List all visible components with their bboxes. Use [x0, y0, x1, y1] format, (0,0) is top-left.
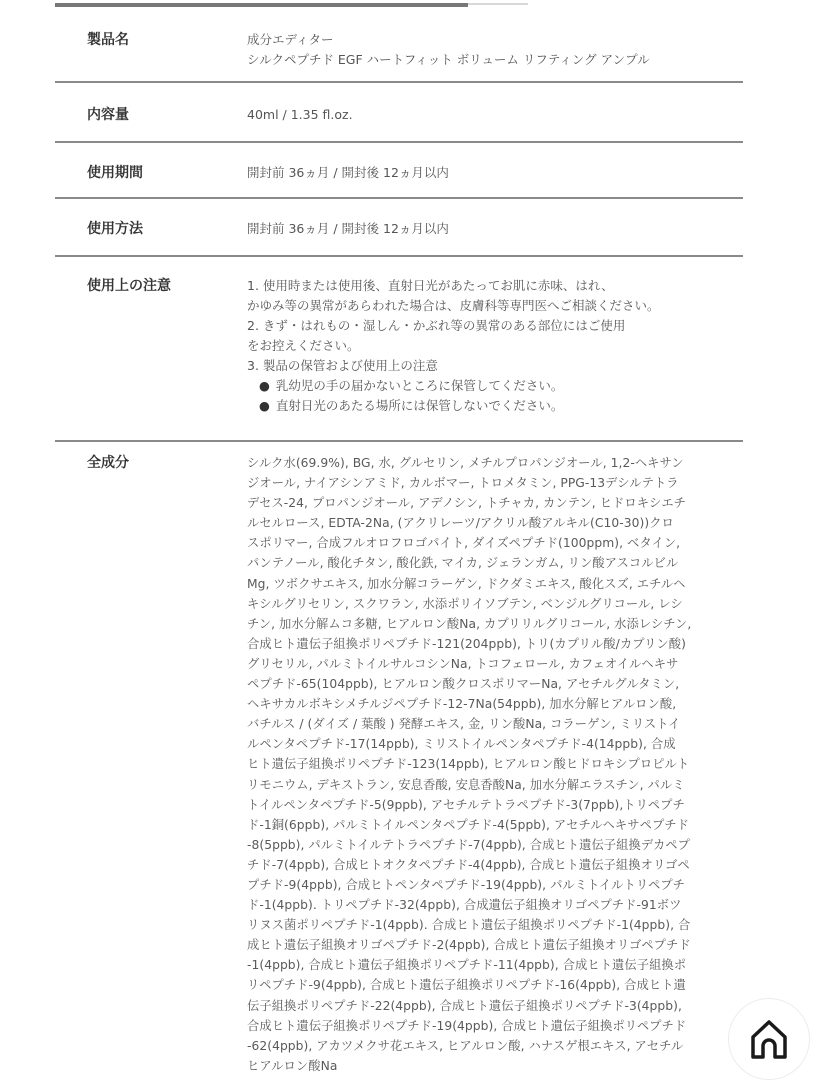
spec-row-precautions: 使用上の注意 1. 使用時または使用後、直射日光があたってお肌に赤味、はれ、 か… [55, 257, 743, 442]
spec-row-usage-method: 使用方法 開封前 36ヵ月 / 開封後 12ヵ月以内 [55, 199, 743, 257]
brand-name: 成分エディター [247, 30, 743, 50]
ingredients-line: 成ヒト遺伝子組換オリゴペプチド-2(4ppb), 合成ヒト遺伝子組換オリゴペプチ… [247, 935, 743, 955]
precaution-bullet: ●乳幼児の手の届かないところに保管してください。 [247, 376, 743, 396]
usage-period-value: 開封前 36ヵ月 / 開封後 12ヵ月以内 [247, 163, 743, 183]
ingredients-line: -1(4ppb), 合成ヒト遺伝子組換ポリペプチド-11(4ppb), 合成ヒト… [247, 955, 743, 975]
ingredients-line: ジオール, ナイアシンアミド, カルボマー, トロメタミン, PPG-13デシル… [247, 473, 743, 493]
ingredients-line: シルク水(69.9%), BG, 水, グルセリン, メチルプロパンジオール, … [247, 453, 743, 473]
ingredients-line: ヒト遺伝子組換ポリペプチド-123(14ppb), ヒアルロン酸ヒドロキシプロピ… [247, 754, 743, 774]
spec-value: 40ml / 1.35 fl.oz. [247, 105, 743, 141]
ingredients-line: スポリマー, 合成フルオロフロゴパイト, ダイズペプチド(100ppm), ベタ… [247, 533, 743, 553]
ingredients-line: ルセルロース, EDTA-2Na, (アクリレーツ/アクリル酸アルキル(C10-… [247, 513, 743, 533]
spec-value: 成分エディター シルクペプチド EGF ハートフィット ボリューム リフティング… [247, 30, 743, 81]
spec-label: 全成分 [55, 452, 247, 1076]
ingredients-line: プチド-9(4ppb), 合成ヒトペンタペプチド-19(4ppb), パルミトイ… [247, 875, 743, 895]
home-icon [747, 1017, 791, 1061]
ingredients-line: ヒアルロン酸Na [247, 1056, 743, 1076]
ingredients-line: ド-1(4ppb). トリペプチド-32(4ppb), 合成遺伝子組換オリゴペプ… [247, 895, 743, 915]
spec-value: 開封前 36ヵ月 / 開封後 12ヵ月以内 [247, 163, 743, 197]
ingredients-line: -62(4ppb), アカツメクサ花エキス, ヒアルロン酸, ハナスゲ根エキス,… [247, 1036, 743, 1056]
ingredients-line: ルペンタペプチド-17(14ppb), ミリストイルペンタペプチド-4(14pp… [247, 734, 743, 754]
precaution-line: 3. 製品の保管および使用上の注意 [247, 356, 743, 376]
ingredients-line: 合成ヒト遺伝子組換ポリペプチド-19(4ppb), 合成ヒト遺伝子組換ポリペプチ… [247, 1016, 743, 1036]
usage-method-value: 開封前 36ヵ月 / 開封後 12ヵ月以内 [247, 219, 743, 239]
spec-value: 1. 使用時または使用後、直射日光があたってお肌に赤味、はれ、 かゆみ等の異常が… [247, 276, 743, 440]
precaution-line: かゆみ等の異常があらわれた場合は、皮膚科等専門医へご相談ください。 [247, 296, 743, 316]
spec-label: 製品名 [55, 30, 247, 81]
ingredients-line: キシルグリセリン, スクワラン, 水添ポリイソブテン, ベンジルグリコール, レ… [247, 594, 743, 614]
spec-row-ingredients: 全成分 シルク水(69.9%), BG, 水, グルセリン, メチルプロパンジオ… [55, 442, 743, 1076]
precaution-line: をお控えください。 [247, 336, 743, 356]
ingredients-line: ペプチド-65(104ppb), ヒアルロン酸クロスポリマーNa, アセチルグル… [247, 674, 743, 694]
ingredients-line: バチルス / (ダイズ / 葉酸 ) 発酵エキス, 金, リン酸Na, コラーゲ… [247, 714, 743, 734]
ingredients-line: リヌス菌ポリペプチド-1(4ppb). 合成ヒト遺伝子組換ポリペプチド-1(4p… [247, 915, 743, 935]
ingredients-list: シルク水(69.9%), BG, 水, グルセリン, メチルプロパンジオール, … [247, 452, 743, 1076]
ingredients-line: チド-7(4ppb), 合成ヒトオクタペプチド-4(4ppb), 合成ヒト遺伝子… [247, 855, 743, 875]
ingredients-line: チン, 加水分解ムコ多糖, ヒアルロン酸Na, カプリリルグリコール, 水添レシ… [247, 614, 743, 634]
ingredients-line: グリセリル, パルミトイルサルコシンNa, トコフェロール, カフェオイルヘキサ [247, 654, 743, 674]
ingredients-line: -8(5ppb), パルミトイルテトラペプチド-7(4ppb), 合成ヒト遺伝子… [247, 835, 743, 855]
precaution-line: 2. きず・はれもの・湿しん・かぶれ等の異常のある部位にはご使用 [247, 316, 743, 336]
home-button[interactable] [728, 998, 810, 1080]
ingredients-line: Mg, ツボクサエキス, 加水分解コラーゲン, ドクダミエキス, 酸化スズ, エ… [247, 574, 743, 594]
precaution-bullet: ●直射日光のあたる場所には保管しないでください。 [247, 396, 743, 416]
ingredients-line: リモニウム, デキストラン, 安息香酸, 安息香酸Na, 加水分解エラスチン, … [247, 775, 743, 795]
precaution-line: 1. 使用時または使用後、直射日光があたってお肌に赤味、はれ、 [247, 276, 743, 296]
bullet-icon: ● [259, 378, 270, 393]
ingredients-line: 伝子組換ポリペプチド-22(4ppb), 合成ヒト遺伝子組換ポリペプチド-3(4… [247, 996, 743, 1016]
ingredients-line: リペプチド-9(4ppb), 合成ヒト遺伝子組換ポリペプチド-16(4ppb),… [247, 975, 743, 995]
ingredients-line: 合成ヒト遺伝子組換ポリペプチド-121(204ppb), トリ(カプリル酸/カプ… [247, 634, 743, 654]
ingredients-line: ヘキサカルボキシメチルジペプチド-12-7Na(54ppb), 加水分解ヒアルロ… [247, 694, 743, 714]
spec-row-volume: 内容量 40ml / 1.35 fl.oz. [55, 83, 743, 143]
spec-label: 使用方法 [55, 219, 247, 255]
spec-row-product-name: 製品名 成分エディター シルクペプチド EGF ハートフィット ボリューム リフ… [55, 0, 743, 83]
product-name: シルクペプチド EGF ハートフィット ボリューム リフティング アンプル [247, 50, 743, 70]
bullet-icon: ● [259, 398, 270, 413]
spec-label: 使用上の注意 [55, 276, 247, 440]
ingredients-line: パンテノール, 酸化チタン, 酸化鉄, マイカ, ジェランガム, リン酸アスコル… [247, 553, 743, 573]
spec-row-usage-period: 使用期間 開封前 36ヵ月 / 開封後 12ヵ月以内 [55, 143, 743, 199]
ingredients-line: ド-1銅(6ppb), パルミトイルペンタペプチド-4(5ppb), アセチルヘ… [247, 815, 743, 835]
ingredients-line: トイルペンタペプチド-5(9ppb), アセチルテトラペプチド-3(7ppb),… [247, 795, 743, 815]
spec-value: 開封前 36ヵ月 / 開封後 12ヵ月以内 [247, 219, 743, 255]
spec-label: 内容量 [55, 105, 247, 141]
ingredients-line: デセス-24, プロパンジオール, アデノシン, トチャカ, カンテン, ヒドロ… [247, 493, 743, 513]
spec-label: 使用期間 [55, 163, 247, 197]
volume-value: 40ml / 1.35 fl.oz. [247, 105, 743, 125]
